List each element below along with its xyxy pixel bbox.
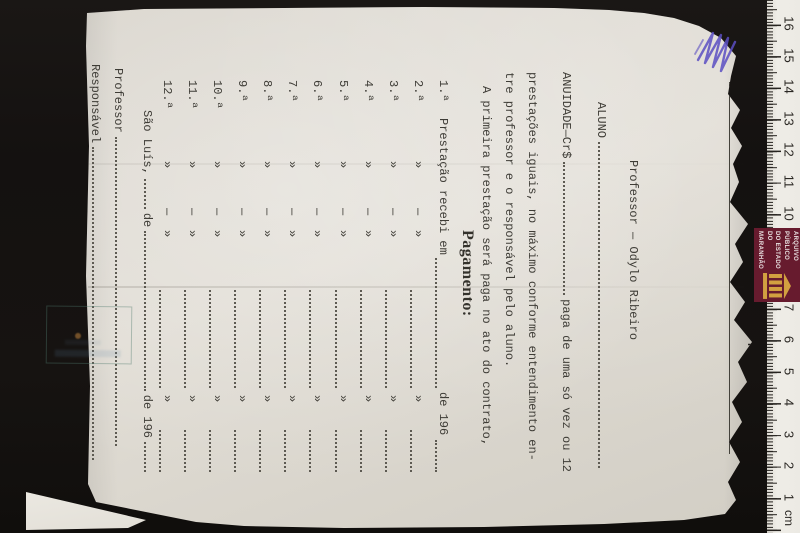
ditto-mark: »: [210, 230, 224, 237]
photo-canvas: CONTRATO DE AULAS PARTICULARES Professor…: [0, 0, 800, 533]
ruler-number: 6: [782, 331, 797, 349]
dash-mark: —: [411, 208, 425, 215]
ditto-mark: »: [260, 161, 274, 168]
ruler-number: 10: [782, 204, 797, 222]
fill-line: [284, 290, 286, 388]
anuidade-line-2: prestações iguais, no máximo conforme en…: [525, 72, 539, 461]
ruler-number: 11: [782, 173, 797, 191]
anuidade-line-1: ANUIDADE—Cr$ paga de uma só vez ou 12: [559, 72, 575, 472]
installment-row: 7.ª»—»»: [279, 6, 299, 530]
aluno-line: ALUNO: [594, 102, 610, 472]
contract-document: CONTRATO DE AULAS PARTICULARES Professor…: [84, 6, 760, 530]
ditto-mark: »: [336, 395, 350, 402]
ditto-mark: »: [160, 230, 174, 237]
fill-line: [385, 290, 387, 388]
signature-fill-line: [92, 147, 104, 460]
ditto-mark: »: [386, 230, 400, 237]
ruler-unit-label: cm: [782, 509, 796, 527]
fill-line: [385, 430, 387, 472]
ditto-mark: »: [185, 161, 199, 168]
ditto-mark: »: [285, 230, 299, 237]
installment-number: 11.ª: [185, 80, 199, 109]
installment-row: 11.ª»—»»: [179, 6, 199, 530]
installment-row: 4.ª»—»»: [355, 6, 375, 530]
installment-number: 5.ª: [336, 80, 350, 102]
fill-line: [259, 290, 261, 388]
installment-row-1: 1.ª Prestação recebi em de 196: [430, 6, 450, 530]
ruler-number: 13: [782, 109, 797, 127]
dash-mark: —: [210, 208, 224, 215]
installment-number: 1.ª: [436, 80, 450, 102]
professor-label: Professor: [111, 68, 125, 133]
professor-name-line: Professor — Odylo Ribeiro: [626, 160, 640, 340]
fill-line: [159, 290, 161, 388]
installment-number: 7.ª: [285, 80, 299, 102]
ditto-mark: »: [311, 161, 325, 168]
fill-line: [435, 258, 437, 388]
fill-line: [159, 430, 161, 472]
fill-line: [435, 440, 437, 472]
ditto-mark: »: [235, 161, 249, 168]
ditto-mark: »: [386, 395, 400, 402]
fill-line: [360, 430, 362, 472]
ruler-number: 12: [782, 141, 797, 159]
installment-number: 4.ª: [361, 80, 375, 102]
archive-stamp: ARQUIVOPÚBLICODO ESTADODO MARANHÃO: [754, 228, 800, 302]
fill-line: [209, 430, 211, 472]
ditto-mark: »: [411, 230, 425, 237]
ditto-mark: »: [411, 161, 425, 168]
ruler-number: 1: [782, 489, 797, 507]
fill-line: [284, 430, 286, 472]
fill-line: [410, 430, 412, 472]
ditto-mark: »: [210, 395, 224, 402]
fill-line: [234, 430, 236, 472]
installment-number: 10.ª: [210, 80, 224, 109]
ruler-number: 2: [782, 457, 797, 475]
ink-dot: [75, 333, 81, 339]
installment-row: 12.ª»—»»: [154, 6, 174, 530]
ditto-mark: »: [285, 395, 299, 402]
ditto-mark: »: [361, 230, 375, 237]
installment-row: 2.ª»—»»: [405, 6, 425, 530]
installment-row: 9.ª»—»»: [229, 6, 249, 530]
ditto-mark: »: [336, 230, 350, 237]
ditto-mark: »: [311, 230, 325, 237]
archive-stamp-line: DO MARANHÃO: [755, 231, 772, 269]
fill-line: [360, 290, 362, 388]
archive-stamp-line: ARQUIVO: [790, 231, 799, 269]
fill-line: [310, 430, 312, 472]
responsavel-signature-line: Responsável: [88, 64, 104, 464]
ditto-mark: »: [336, 161, 350, 168]
anuidade-prefix: ANUIDADE—Cr$: [559, 72, 573, 158]
ditto-mark: »: [386, 161, 400, 168]
dash-mark: —: [336, 208, 350, 215]
fill-line: [144, 179, 156, 209]
ditto-mark: »: [160, 161, 174, 168]
fill-line: [144, 231, 156, 391]
fill-line: [144, 442, 156, 472]
ruler-number: 14: [782, 78, 797, 96]
ditto-mark: »: [210, 161, 224, 168]
fill-line: [335, 430, 337, 472]
dash-mark: —: [311, 208, 325, 215]
document-paper: CONTRATO DE AULAS PARTICULARES Professor…: [84, 6, 760, 530]
building-logo-icon: [762, 273, 792, 299]
archive-stamp-line: PÚBLICO: [781, 231, 790, 269]
fill-line: [410, 290, 412, 388]
faint-ink-stamp: [46, 306, 133, 365]
ditto-mark: »: [285, 161, 299, 168]
ditto-mark: »: [235, 230, 249, 237]
ditto-mark: »: [185, 230, 199, 237]
installment-label: Prestação recebi em: [436, 118, 450, 255]
ruler-number: 4: [782, 394, 797, 412]
installment-number: 3.ª: [386, 80, 400, 102]
ditto-mark: »: [361, 161, 375, 168]
city-date-line: São Luís, de de 196: [140, 110, 156, 476]
dash-mark: —: [185, 208, 199, 215]
dash-mark: —: [235, 208, 249, 215]
installment-row: 8.ª»—»»: [254, 6, 274, 530]
ditto-mark: »: [411, 395, 425, 402]
archive-stamp-line: DO ESTADO: [773, 231, 782, 269]
anuidade-line-3: tre professor e o responsável pelo aluno…: [502, 72, 516, 367]
signature-fill-line: [115, 137, 127, 446]
ditto-mark: »: [160, 395, 174, 402]
anuidade-suffix: paga de uma só vez ou 12: [559, 299, 573, 472]
pagamento-heading: Pagamento:: [458, 230, 476, 317]
stamp-smudge: [55, 350, 121, 358]
anuidade-fill-line: [563, 162, 575, 295]
dash-mark: —: [386, 208, 400, 215]
fill-line: [259, 430, 261, 472]
ditto-mark: »: [185, 395, 199, 402]
dash-mark: —: [260, 208, 274, 215]
year-label: de 196: [140, 395, 154, 438]
anuidade-line-4: A primeira prestação será paga no ato do…: [479, 86, 493, 446]
ruler-number: 3: [782, 425, 797, 443]
archive-stamp-text: ARQUIVOPÚBLICODO ESTADODO MARANHÃO: [755, 231, 798, 269]
installment-number: 8.ª: [260, 80, 274, 102]
ditto-mark: »: [260, 395, 274, 402]
installment-number: 6.ª: [311, 80, 325, 102]
fill-line: [310, 290, 312, 388]
installment-number: 2.ª: [411, 80, 425, 102]
fill-line: [184, 290, 186, 388]
aluno-label: ALUNO: [594, 102, 608, 138]
installment-row: 10.ª»—»»: [204, 6, 224, 530]
installment-row: 5.ª»—»»: [330, 6, 350, 530]
ruler-number: 16: [782, 15, 797, 33]
ditto-mark: »: [260, 230, 274, 237]
fill-line: [335, 290, 337, 388]
dash-mark: —: [285, 208, 299, 215]
ditto-mark: »: [361, 395, 375, 402]
installment-number: 9.ª: [235, 80, 249, 102]
ruler-number: 15: [782, 46, 797, 64]
dash-mark: —: [361, 208, 375, 215]
ditto-mark: »: [311, 395, 325, 402]
fill-line: [209, 290, 211, 388]
dash-mark: —: [160, 208, 174, 215]
ditto-mark: »: [235, 395, 249, 402]
city-label: São Luís,: [140, 110, 154, 175]
year-label: de 196: [436, 392, 450, 435]
fill-line: [184, 430, 186, 472]
installment-row: 6.ª»—»»: [305, 6, 325, 530]
responsavel-label: Responsável: [88, 64, 102, 143]
aluno-fill-line: [598, 142, 610, 468]
fill-line: [234, 290, 236, 388]
installment-row: 3.ª»—»»: [380, 6, 400, 530]
de-label: de: [140, 213, 154, 227]
pen-scribble: [690, 26, 742, 78]
stamp-smudge: [65, 340, 101, 345]
professor-signature-line: Professor: [111, 68, 127, 450]
ruler-number: 5: [782, 362, 797, 380]
installment-number: 12.ª: [160, 80, 174, 109]
